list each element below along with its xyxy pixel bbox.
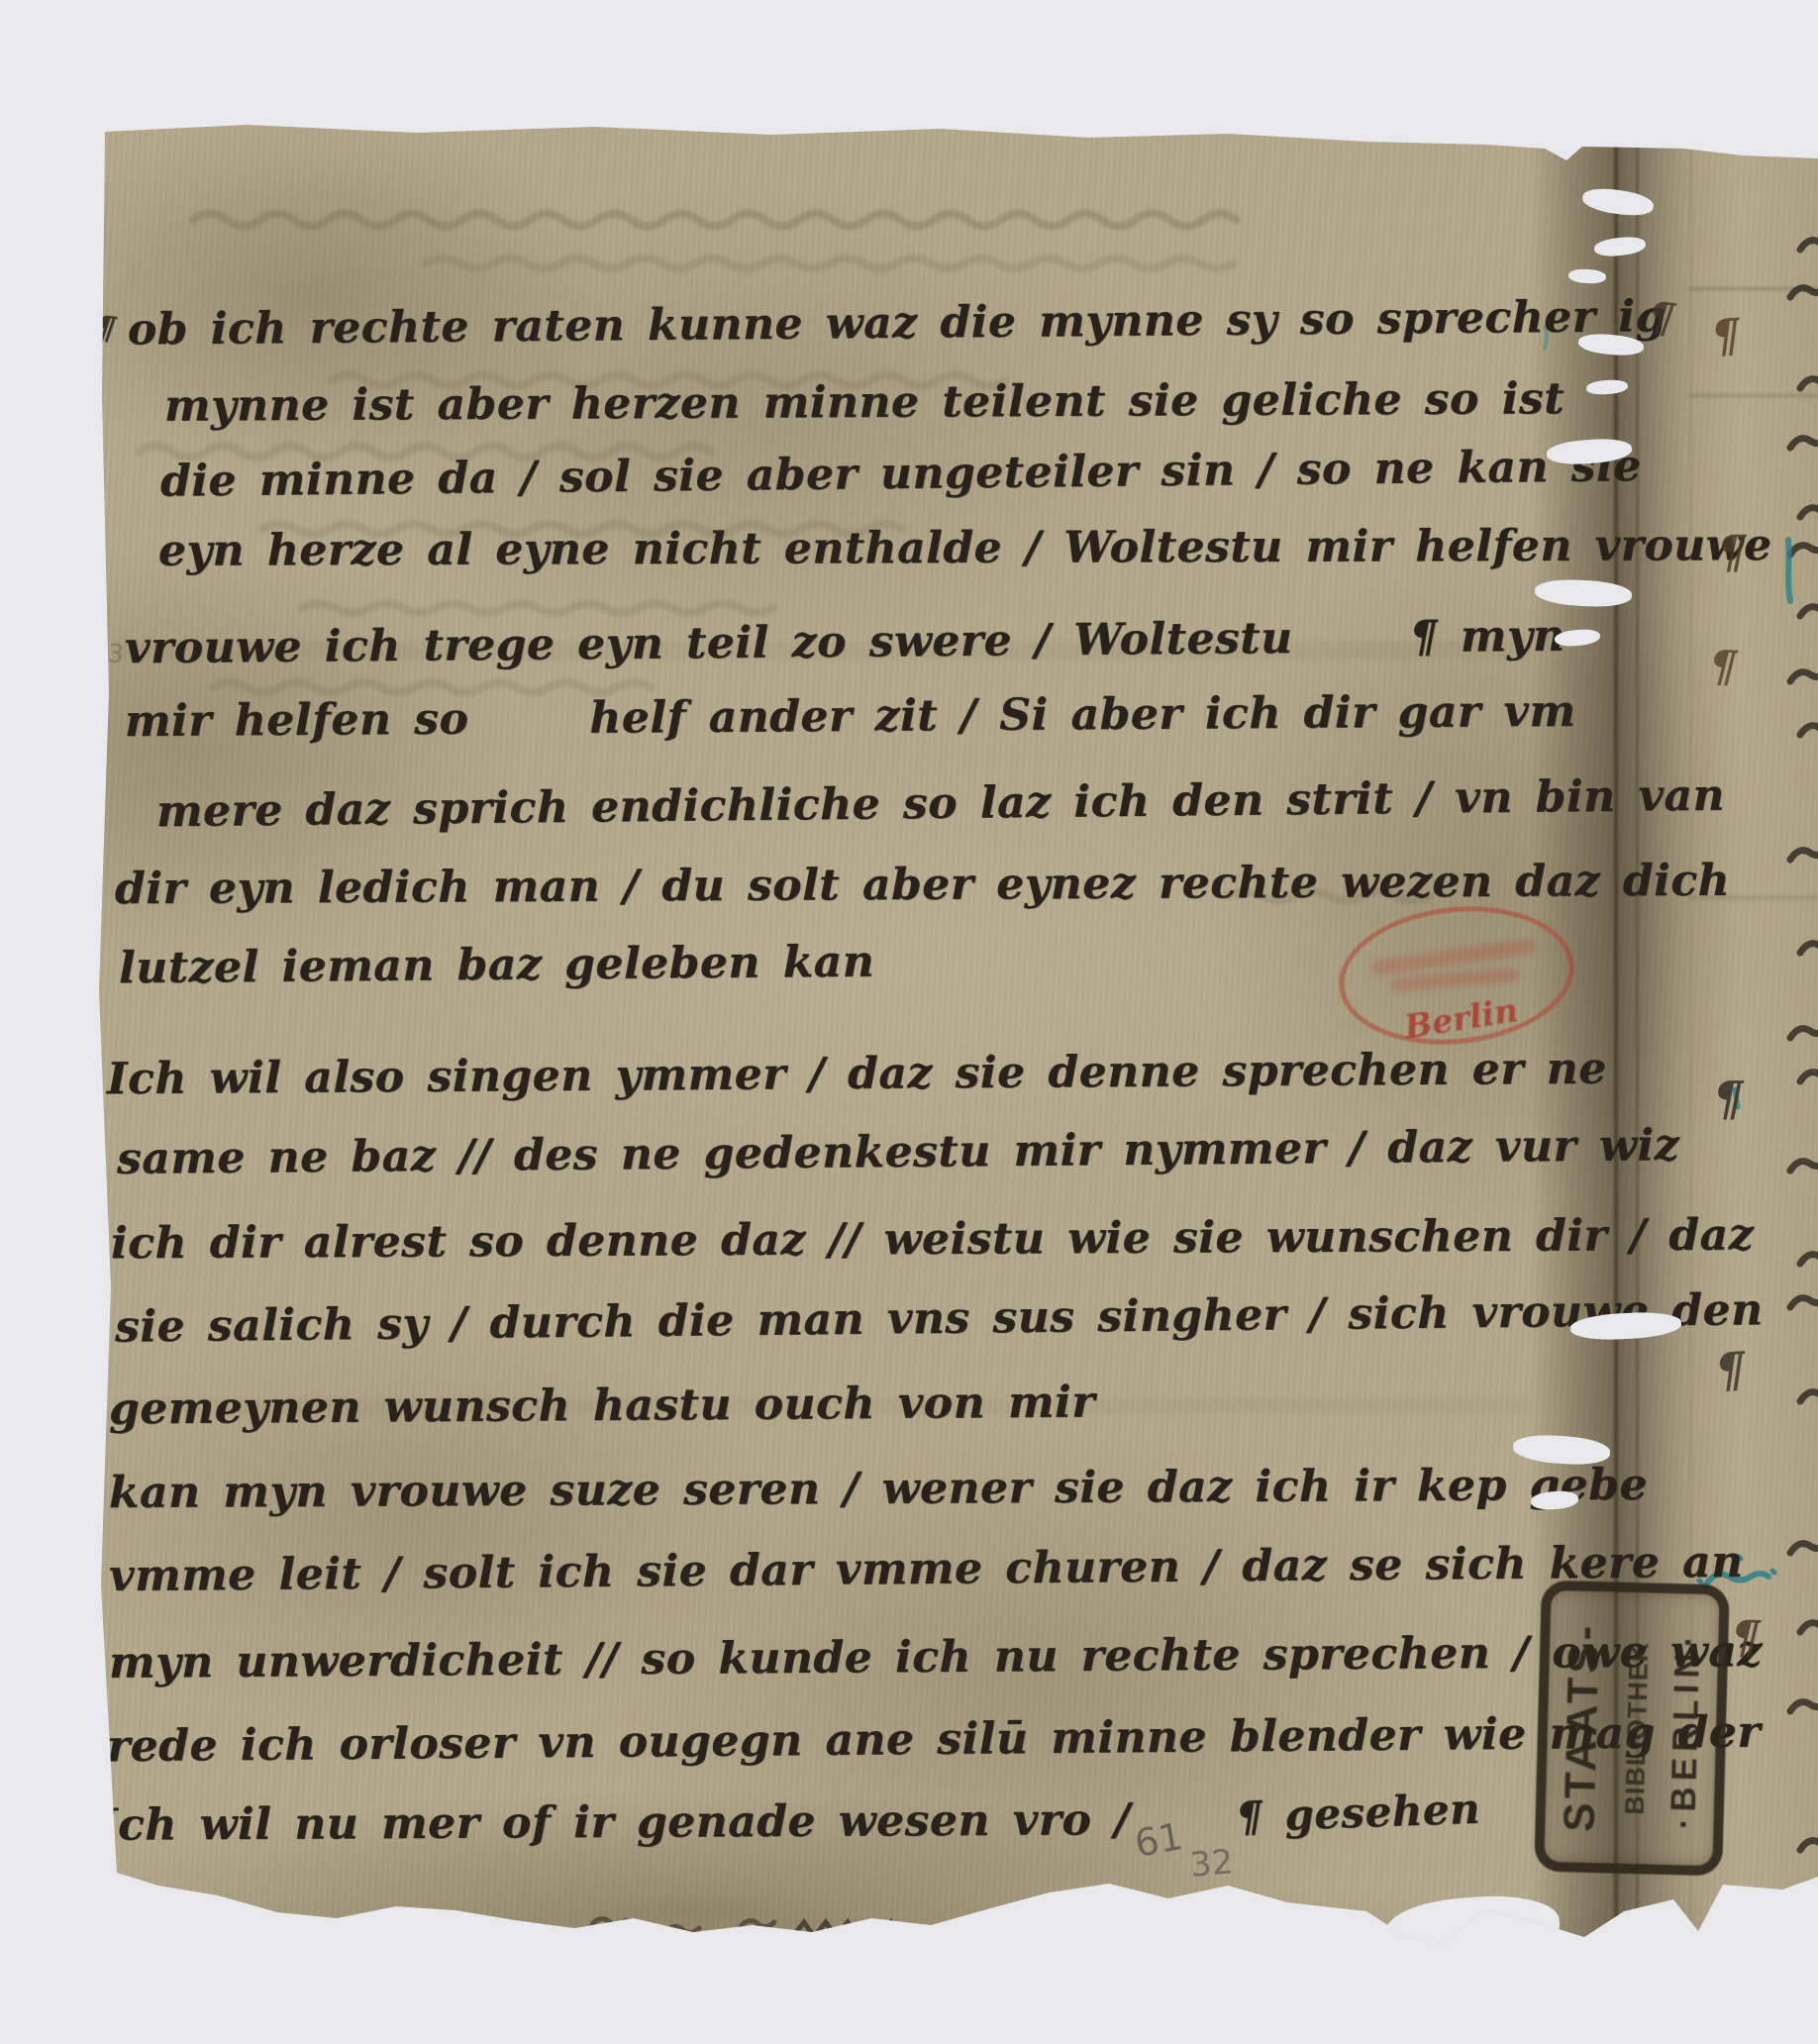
parchment-leaf: ¶ob ich rechte raten kunne waz die mynne… [0,0,1818,2044]
pencil-folio-number: 32 [1188,1842,1235,1886]
pencil-folio-number: 61 [1132,1814,1186,1866]
line-text: ¶ gesehen [1235,1785,1481,1842]
manuscript-line: rede ich orloser vn ougegn ane silū minn… [107,1707,1761,1773]
stamp-line: STAATS- [1555,1621,1610,1832]
red-oval-library-stamp: Berlin [1332,895,1580,1056]
manuscript-line: sie salich sy / durch die man vns sus si… [115,1284,1764,1352]
capitulum-icon: ¶ [1730,1610,1761,1665]
line-text: rede ich orloser vn ougegn ane silū minn… [107,1707,1761,1773]
manuscript-line: vrouwe ich trege eyn teil zo swere / Wol… [125,611,1565,674]
line-text: eyn herze al eyne nicht enthalde / Wolte… [158,520,1772,576]
manuscript-line: kan myn vrouwe suze seren / wener sie da… [109,1460,1648,1518]
line-text: sie salich sy / durch die man vns sus si… [115,1284,1764,1352]
pencil-note-left-margin: 13 [90,637,126,669]
capitulum-icon: ¶ [1709,308,1742,363]
manuscript-line: same ne baz // des ne gedenkestu mir nym… [117,1120,1679,1184]
capitulum-icon: ¶ [1714,1342,1747,1399]
manuscript-line: Ich wil nu mer of ir genade wesen vro / [97,1794,1131,1850]
line-text: lutzel ieman baz geleben kan [119,937,875,994]
line-text: same ne baz // des ne gedenkestu mir nym… [117,1120,1679,1184]
manuscript-line: ¶ob ich rechte raten kunne waz die mynne… [95,291,1666,356]
manuscript-line: Ich wil also singen ymmer / daz sie denn… [107,1044,1607,1105]
stamp-line: BIBLIOTHEK [1619,1641,1655,1815]
stamp-line: ·BERLIN· [1664,1629,1708,1830]
manuscript-line: vmme leit / solt ich sie dar vmme churen… [109,1537,1744,1601]
line-text: Ich wil also singen ymmer / daz sie denn… [107,1044,1607,1105]
line-text: gemeynen wunsch hastu ouch von mir [109,1378,1095,1435]
line-text: mynne ist aber herzen minne teilent sie … [164,373,1565,431]
manuscript-line: mir helfen sohelf ander zit / Si aber ic… [125,686,1576,747]
manuscript-photo: ¶ob ich rechte raten kunne waz die mynne… [0,0,1818,2044]
capitulum-icon: ¶ [1708,641,1739,692]
line-text: mere daz sprich endichliche so laz ich d… [156,770,1725,838]
line-text: ¶ myn [1409,611,1565,663]
crease-line [1688,394,1818,397]
line-text: vmme leit / solt ich sie dar vmme churen… [109,1537,1744,1601]
stamp-text-block: STAATS- BIBLIOTHEK ·BERLIN· [1555,1597,1710,1859]
line-text: ich dir alrest so denne daz // weistu wi… [111,1210,1754,1270]
line-text: helf ander zit / Si aber ich dir gar vm [589,686,1576,744]
line-text: Ich wil nu mer of ir genade wesen vro / [97,1794,1131,1850]
manuscript-line: gemeynen wunsch hastu ouch von mir [109,1378,1095,1435]
line-text: mir helfen so [125,694,469,747]
line-text: die minne da / sol sie aber ungeteiler s… [160,441,1642,507]
manuscript-line: lutzel ieman baz geleben kan [119,937,875,994]
manuscript-line: mynne ist aber herzen minne teilent sie … [164,373,1565,431]
line-text: myn unwerdicheit // so kunde ich nu rech… [109,1626,1763,1688]
manuscript-line: mere daz sprich endichliche so laz ich d… [156,770,1725,838]
manuscript-line: ich dir alrest so denne daz // weistu wi… [111,1210,1754,1270]
crease-line [1688,287,1818,290]
capitulum-icon: ¶ [1713,1072,1744,1127]
capitulum-icon: ¶ [1717,525,1746,578]
tear-hole [1384,1891,1562,1965]
manuscript-line: eyn herze al eyne nicht enthalde / Wolte… [158,520,1772,576]
manuscript-line: die minne da / sol sie aber ungeteiler s… [160,441,1642,507]
line-text: kan myn vrouwe suze seren / wener sie da… [109,1460,1648,1518]
line-text: ob ich rechte raten kunne waz die mynne … [128,291,1666,356]
black-library-stamp: STAATS- BIBLIOTHEK ·BERLIN· [1534,1581,1730,1877]
manuscript-line-tail: ¶ gesehen [1235,1785,1481,1842]
capitulum-icon: ¶ [93,308,119,348]
manuscript-line: myn unwerdicheit // so kunde ich nu rech… [109,1626,1763,1688]
line-text: vrouwe ich trege eyn teil zo swere / Wol… [125,613,1293,673]
